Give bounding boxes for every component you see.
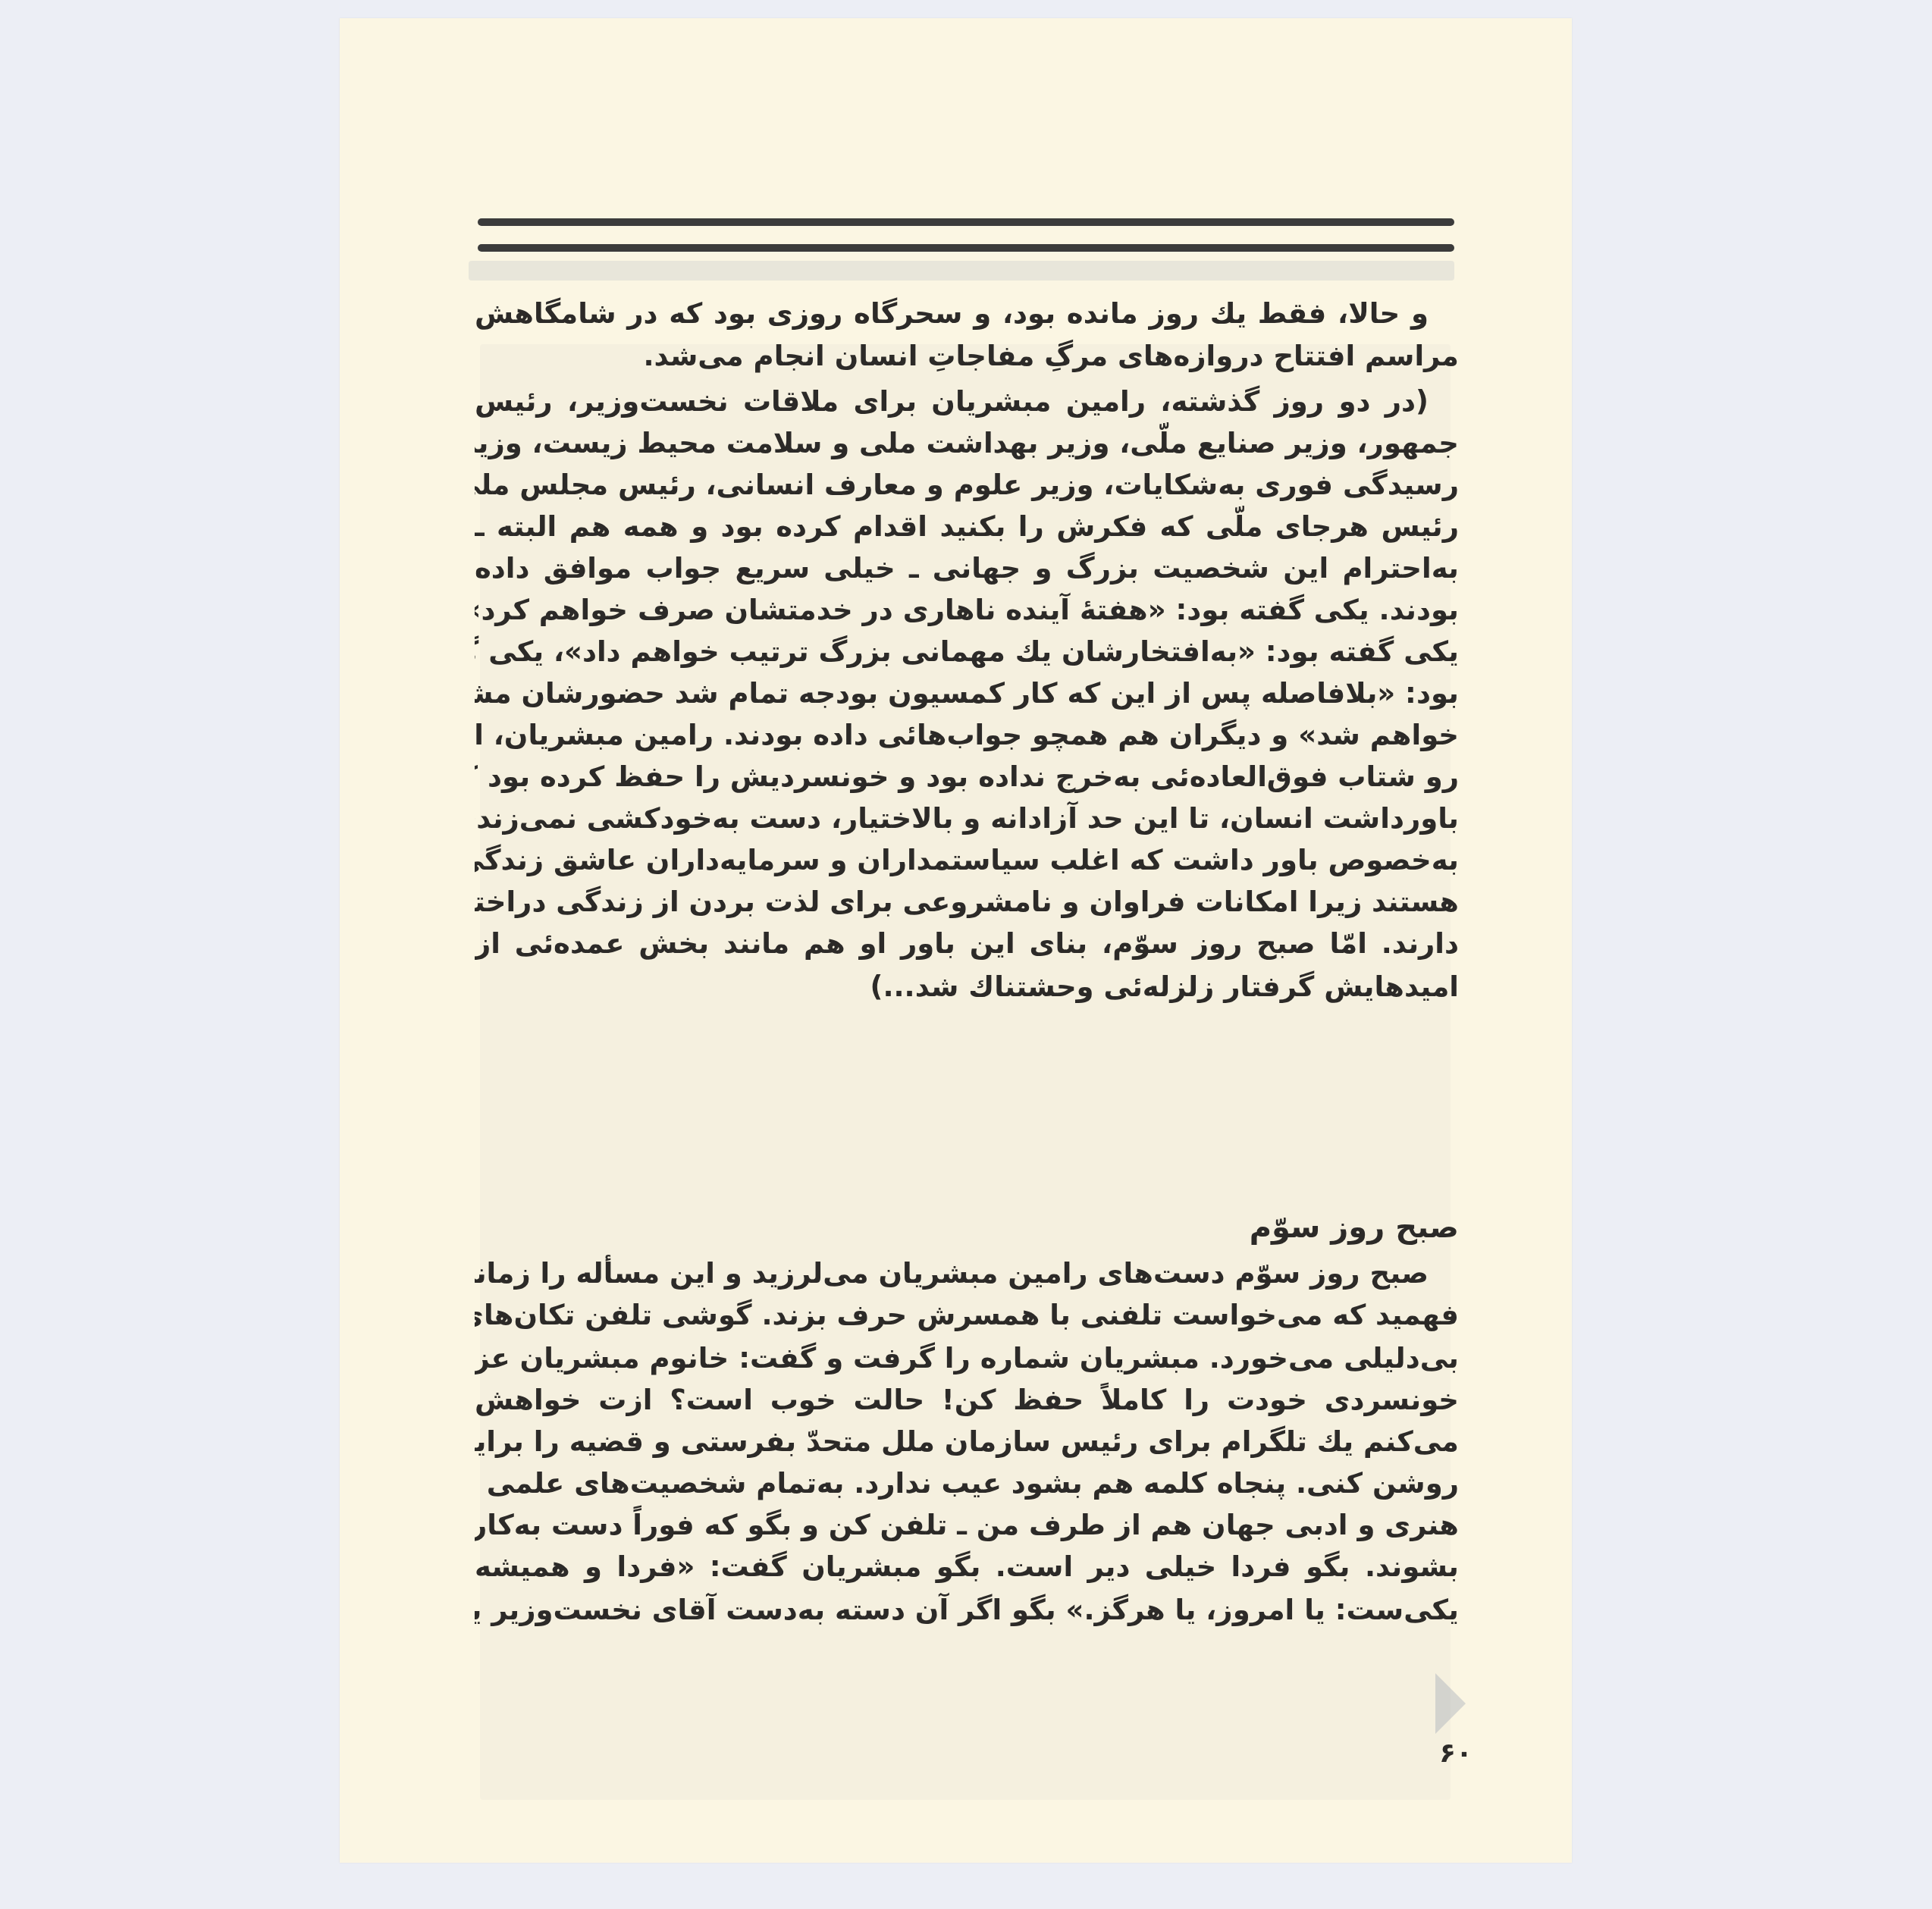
text-line: خواهم شد» و دیگران هم همچو جواب‌هائی داد… xyxy=(475,714,1459,756)
text-line: هستند زیرا امکانات فراوان و نامشروعی برا… xyxy=(475,881,1459,923)
book-page: و حالا، فقط يك روز مانده بود، و سحرگاه ر… xyxy=(340,18,1572,1863)
text-line: و حالا، فقط يك روز مانده بود، و سحرگاه ر… xyxy=(475,293,1459,334)
text-line: رئیس هرجای ملّی که فکرش را بکنید اقدام ک… xyxy=(475,506,1459,547)
text-line: دارند. امّا صبح روز سوّم، بنای این باور … xyxy=(475,923,1459,964)
page-number: ۶۰ xyxy=(1439,1738,1473,1769)
text-line: رسیدگی فوری به‌شکایات، وزیر علوم و معارف… xyxy=(475,464,1459,506)
text-line: فهمید که می‌خواست تلفنی با همسرش حرف بزن… xyxy=(475,1294,1459,1336)
text-line: جمهور، وزیر صنایع ملّی، وزیر بهداشت ملی … xyxy=(475,422,1459,464)
text-line: به‌احترام این شخصیت بزرگ و جهانی ـ خیلی … xyxy=(475,547,1459,589)
text-line: می‌کنم یك تلگرام برای رئیس سازمان ملل مت… xyxy=(475,1421,1459,1462)
text-line: مراسم افتتاح دروازه‌های مرگِ مفاجاتِ انس… xyxy=(475,335,1459,377)
text-line: امیدهایش گرفتار زلزله‌ئی وحشتناك شد...) xyxy=(475,966,1459,1008)
body-text: و حالا، فقط يك روز مانده بود، و سحرگاه ر… xyxy=(475,18,1459,1863)
text-line: باورداشت انسان، تا این حد آزادانه و بالا… xyxy=(475,798,1459,839)
text-line: صبح روز سوّم دست‌های رامین مبشریان می‌لر… xyxy=(475,1252,1459,1294)
text-line: روشن کنی. پنجاه کلمه هم بشود عیب ندارد. … xyxy=(475,1462,1459,1504)
text-line: هنری و ادبی جهان هم از طرف من ـ تلفن کن … xyxy=(475,1504,1459,1546)
section-heading: صبح روز سوّم xyxy=(1250,1207,1459,1249)
text-line: (در دو روز گذشته، رامین مبشریان برای ملا… xyxy=(475,381,1459,422)
text-line: بودند. یکی گفته بود: «هفتهٔ آینده ناهاری… xyxy=(475,589,1459,631)
text-line: یکی‌ست: یا امروز، یا هرگز.» بگو اگر آن د… xyxy=(475,1589,1459,1631)
text-line: به‌خصوص باور داشت که اغلب سیاستمداران و … xyxy=(475,839,1459,881)
text-line: بی‌دلیلی می‌خورد. مبشریان شماره را گرفت … xyxy=(475,1337,1459,1379)
text-line: رو شتاب فوق‌العاده‌ئی به‌خرج نداده بود و… xyxy=(475,756,1459,798)
text-line: بشوند. بگو فردا خیلی دیر است. بگو مبشریا… xyxy=(475,1546,1459,1588)
text-line: خونسردی خودت را کاملاً حفظ کن! حالت خوب … xyxy=(475,1379,1459,1421)
text-line: بود: «بلافاصله پس از این که کار کمسیون ب… xyxy=(475,672,1459,714)
text-line: یکی گفته بود: «به‌افتخارشان يك مهمانی بز… xyxy=(475,631,1459,672)
